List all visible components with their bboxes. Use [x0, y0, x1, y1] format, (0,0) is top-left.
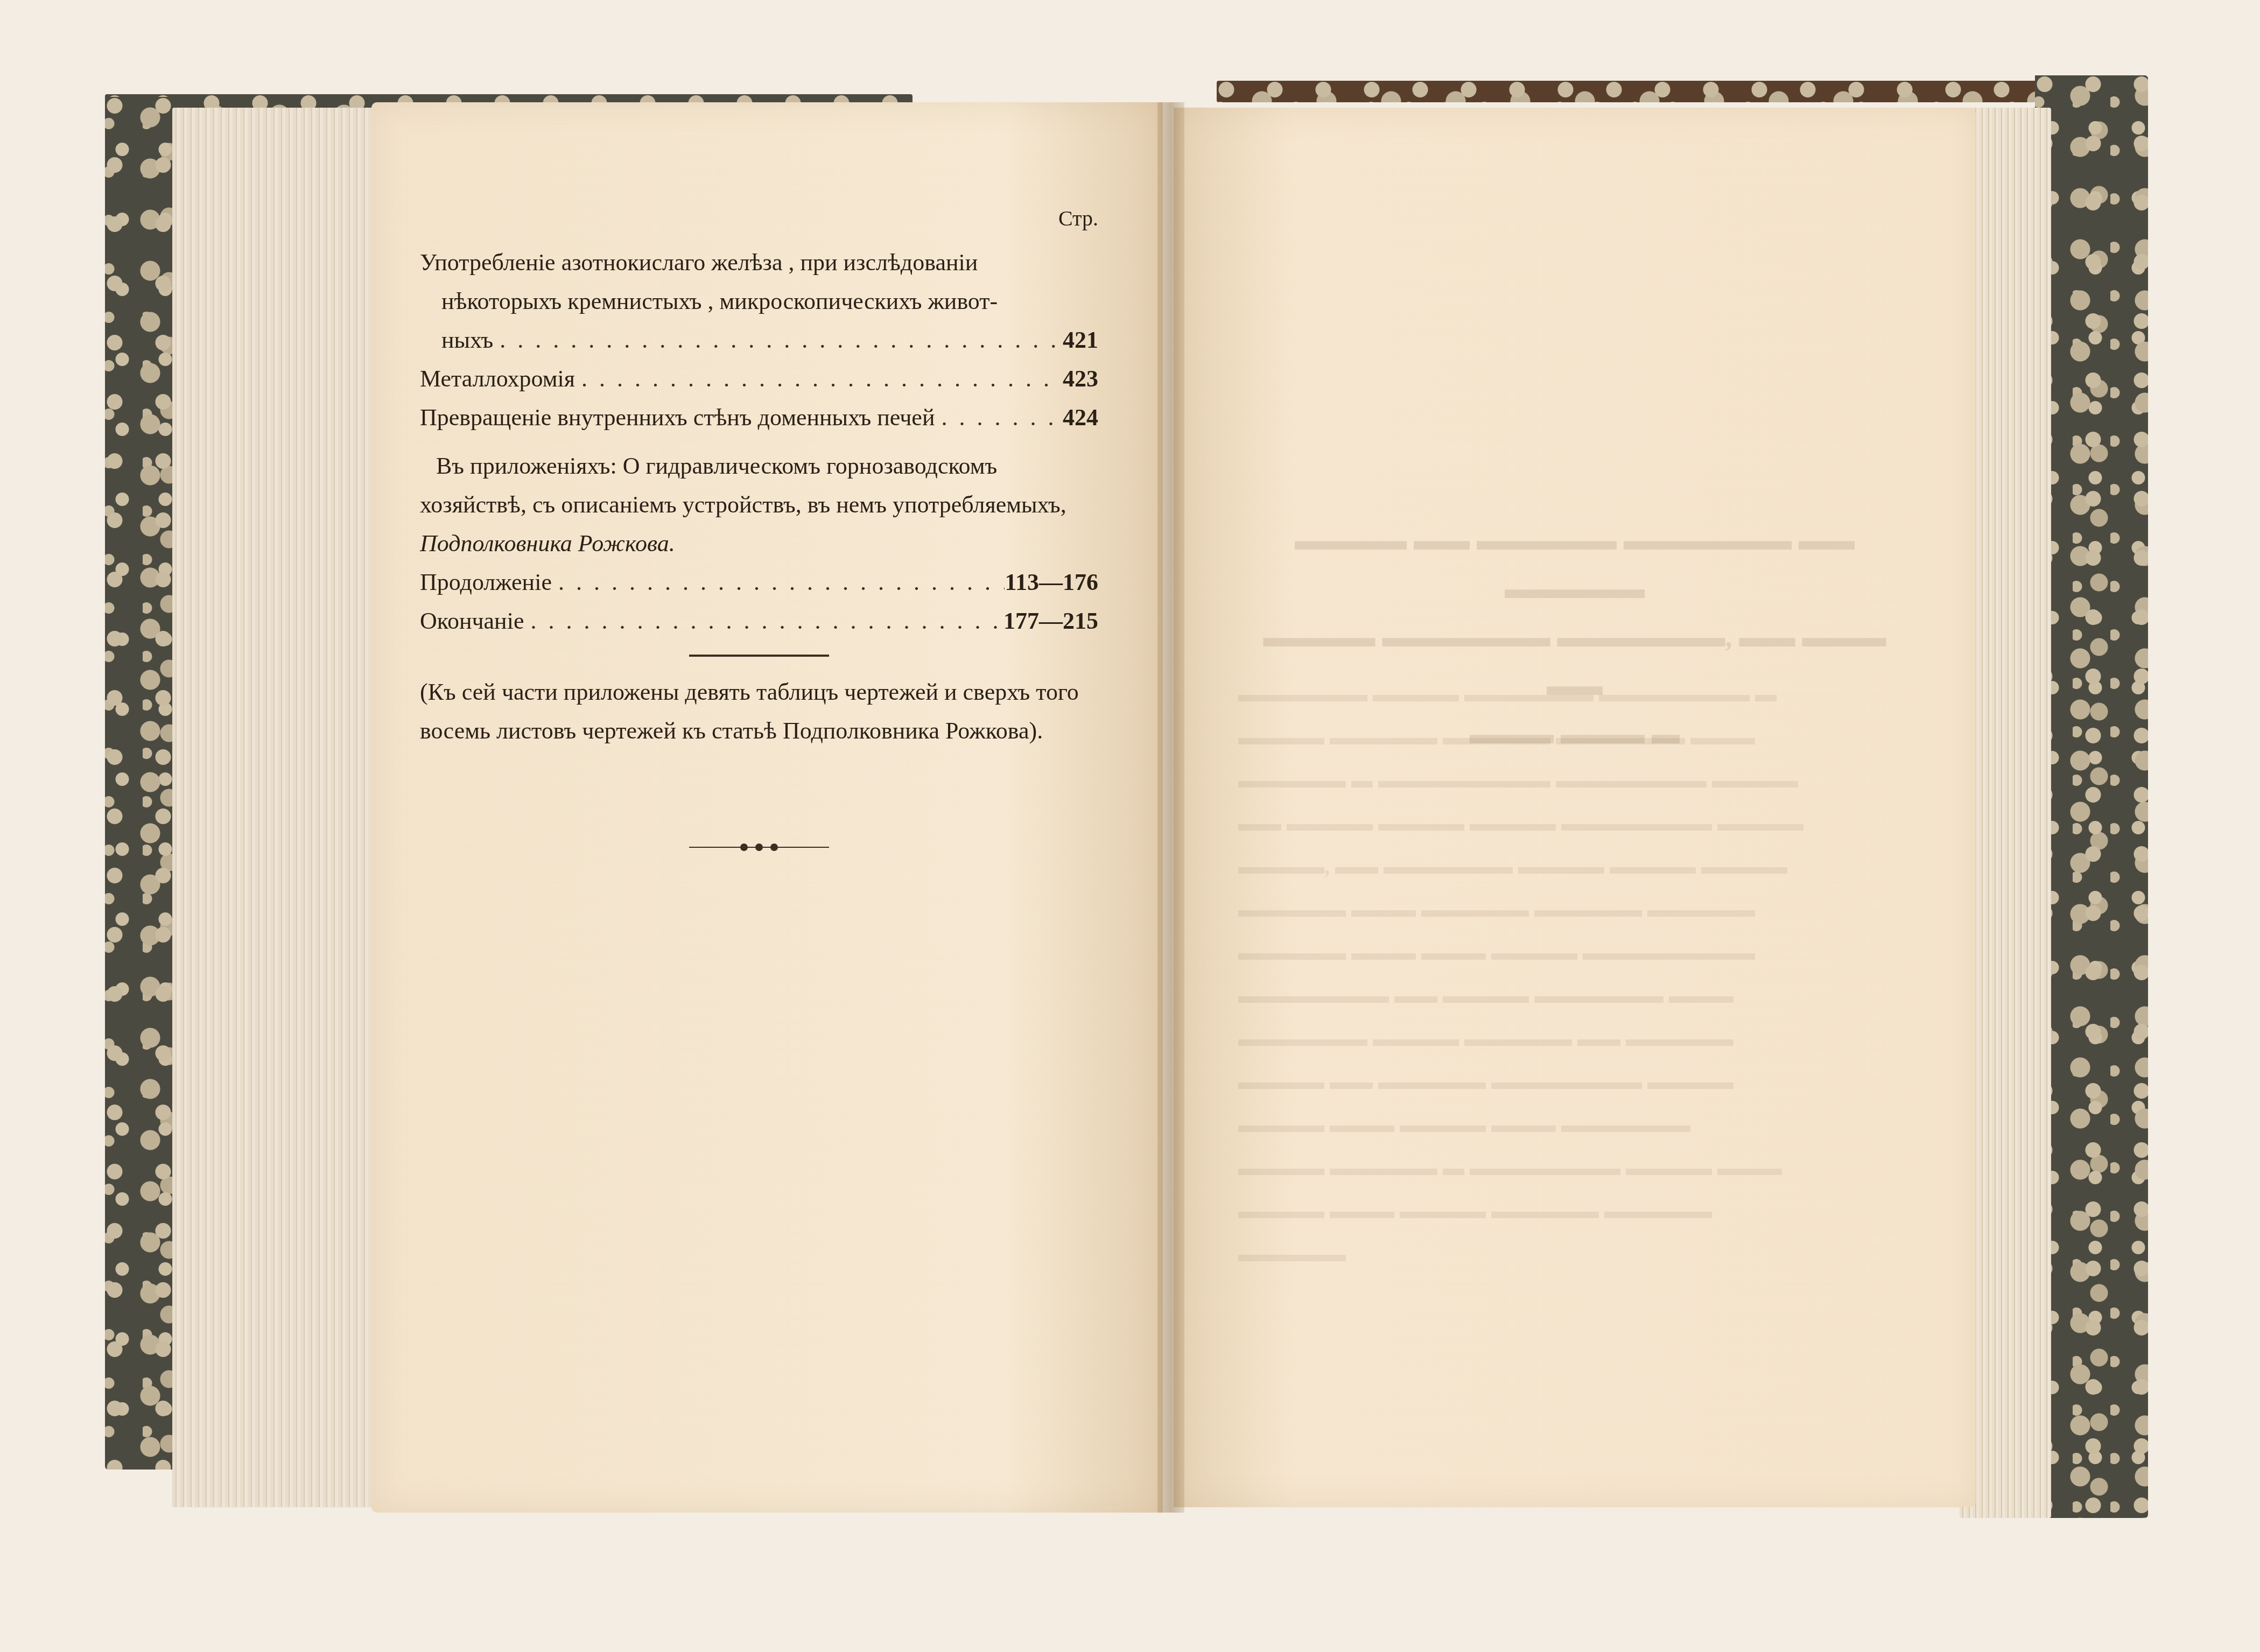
ornament-divider [689, 842, 829, 853]
leader-dots: .................................. [524, 602, 1003, 641]
toc-page-number: 113—176 [1005, 563, 1098, 602]
open-book: ▬▬▬▬ ▬▬ ▬▬▬▬▬ ▬▬▬▬▬▬ ▬▬ ▬▬▬▬▬▬▬▬▬ ▬▬▬▬▬▬… [0, 0, 2260, 1652]
toc-entry-label: Окончаніе [420, 602, 524, 641]
appendix-text: Въ приложеніяхъ: О гидравлическомъ горно… [420, 453, 1066, 518]
toc-entry-label: ныхъ [441, 321, 493, 360]
cover-top-right [1217, 81, 2148, 102]
book-gutter [1157, 102, 1184, 1513]
page-stack-left [172, 108, 377, 1507]
toc-entry-label: Превращеніе внутреннихъ стѣнъ доменныхъ … [420, 398, 935, 437]
toc-entry: Употребленіе азотнокислаго желѣза , при … [420, 243, 1098, 360]
marbled-cover-right [2035, 75, 2148, 1518]
leader-dots: .................................. [493, 321, 1063, 360]
toc-entry-line: нѣкоторыхъ кремнистыхъ , микроскопически… [420, 282, 1098, 321]
table-of-contents: Стр. Употребленіе азотнокислаго желѣза ,… [420, 199, 1098, 853]
toc-entry-line: Употребленіе азотнокислаго желѣза , при … [420, 243, 1098, 282]
toc-page-number: 423 [1063, 360, 1098, 398]
toc-page-number: 424 [1063, 398, 1098, 437]
toc-entry-label: Продолженіе [420, 563, 552, 602]
appendix-paragraph: Въ приложеніяхъ: О гидравлическомъ горно… [420, 447, 1098, 524]
section-divider [689, 655, 829, 657]
toc-entry: Превращеніе внутреннихъ стѣнъ доменныхъ … [420, 398, 1098, 437]
toc-page-number: 177—215 [1003, 602, 1098, 641]
appendix-author: Подполковника Рожкова. [420, 524, 1098, 563]
page-column-header: Стр. [420, 199, 1098, 238]
bleed-through-body: ▬▬▬▬▬▬ ▬▬▬▬ ▬▬▬▬▬▬ ▬▬▬▬▬▬▬ ▬▬▬▬▬ ▬▬▬▬▬ ▬… [1238, 673, 1911, 1276]
toc-entry: Продолженіе ............................… [420, 563, 1098, 602]
toc-entry-label: Металлохромія [420, 360, 575, 398]
toc-page-number: 421 [1063, 321, 1098, 360]
toc-entry-row: ныхъ .................................. … [420, 321, 1098, 360]
toc-entry: Окончаніе ..............................… [420, 602, 1098, 641]
toc-entry: Металлохромія ..........................… [420, 360, 1098, 398]
plates-note: (Къ сей части приложены девять таблицъ ч… [420, 673, 1098, 750]
leader-dots: .................................. [575, 360, 1063, 398]
leader-dots: .................................. [935, 398, 1063, 437]
leader-dots: .................................. [552, 563, 1005, 602]
